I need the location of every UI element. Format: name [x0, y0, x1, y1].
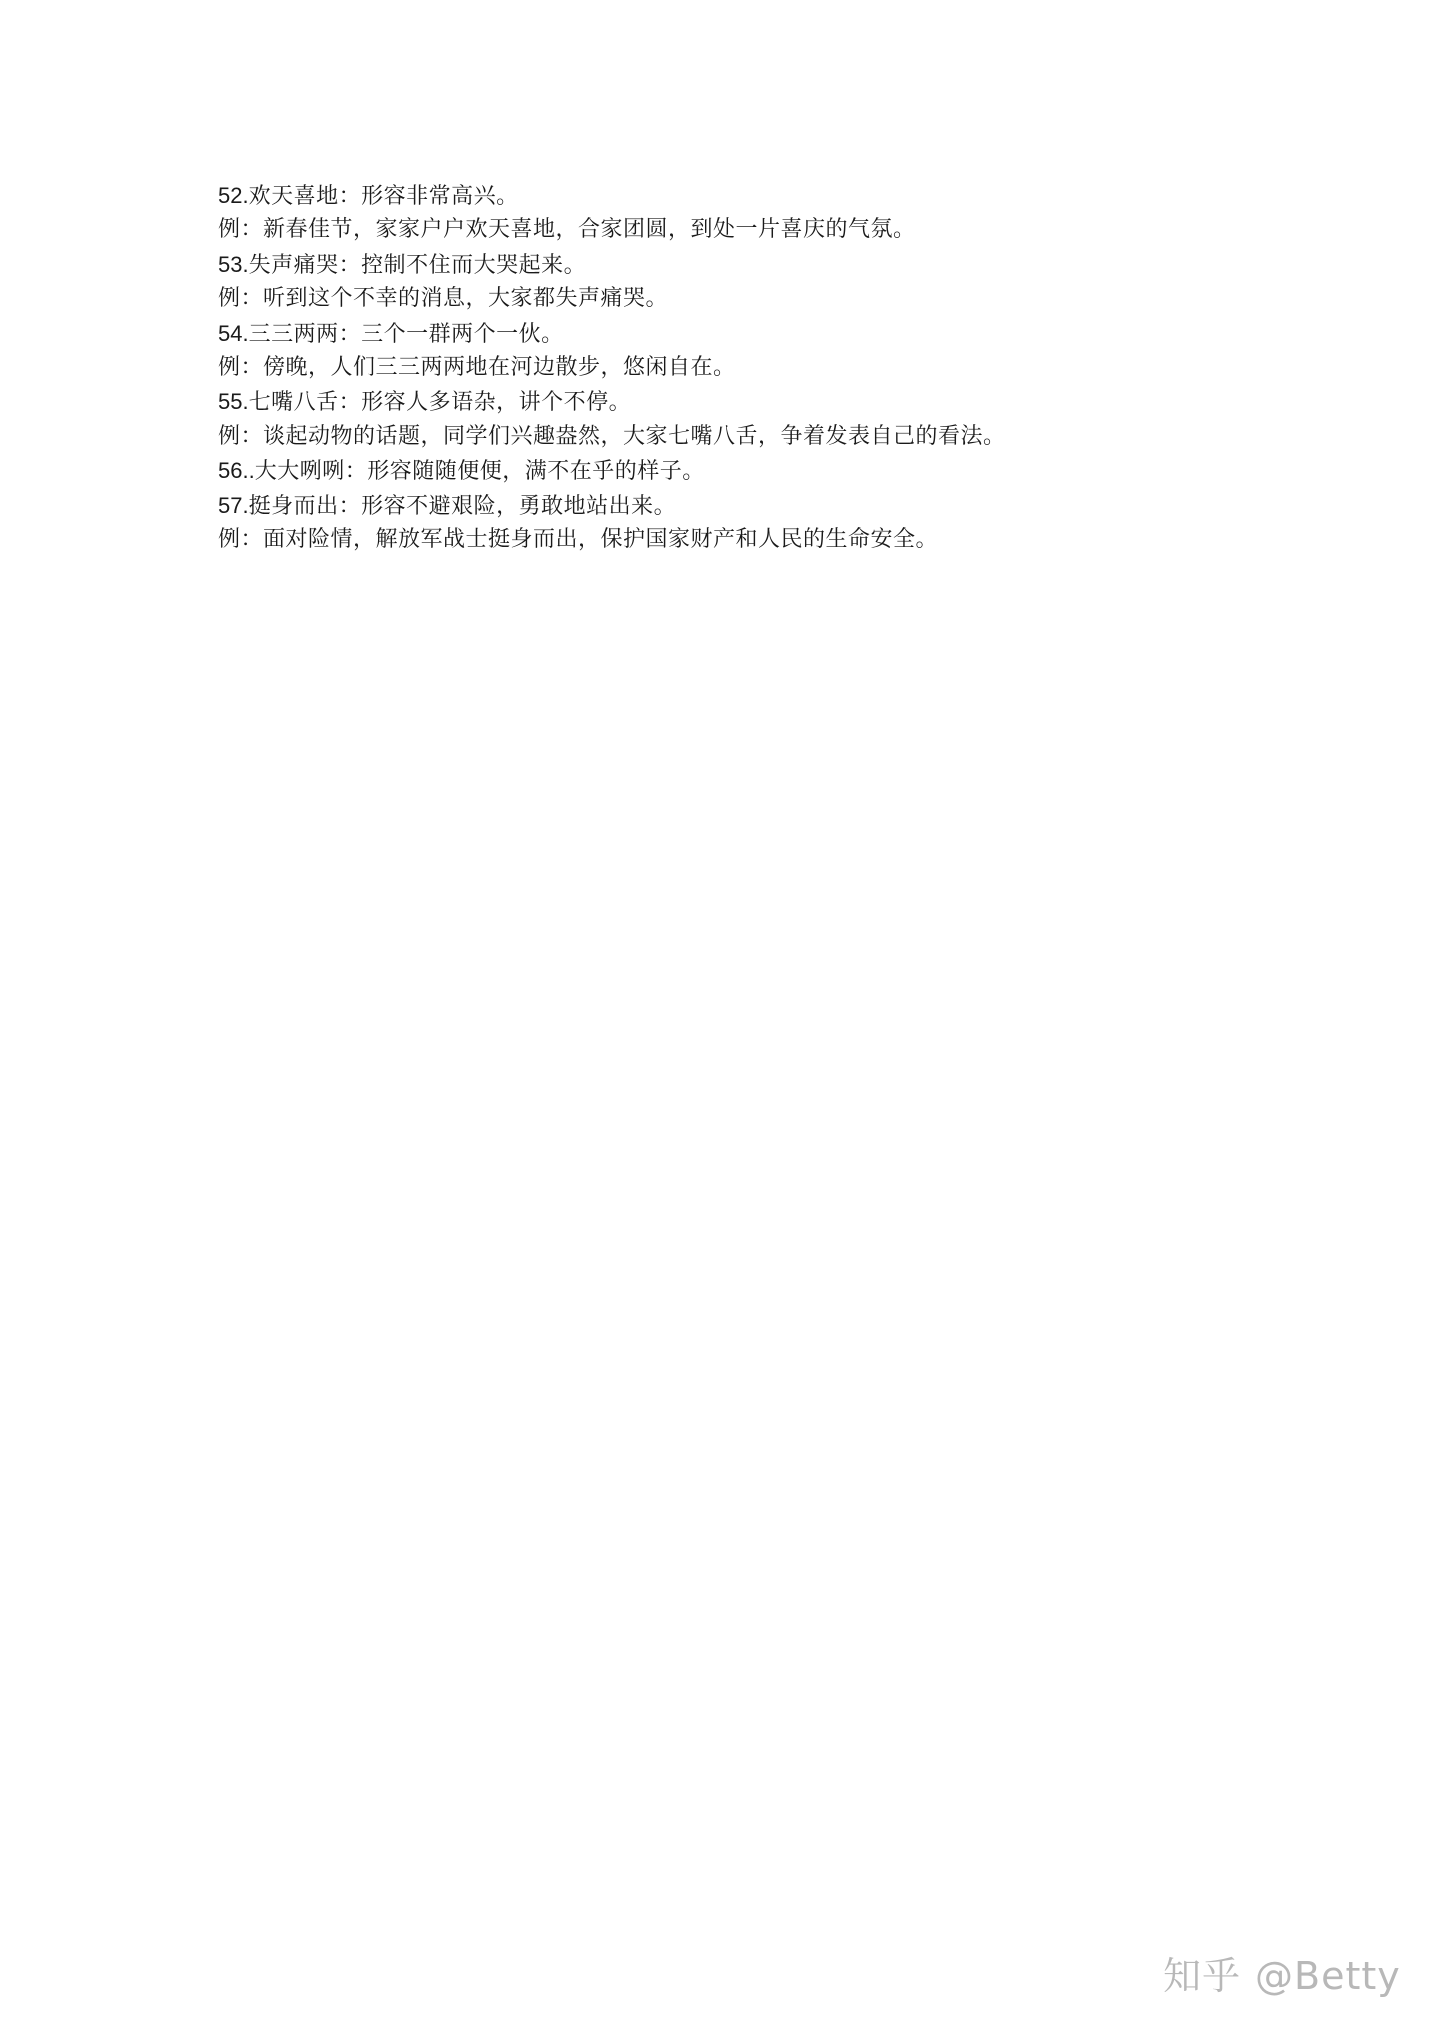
entry-text: 失声痛哭：控制不住而大哭起来。: [249, 253, 587, 278]
entry-text: 挺身而出：形容不避艰险，勇敢地站出来。: [249, 494, 677, 519]
zhihu-watermark: 知乎@Betty: [1163, 1945, 1401, 2000]
entry-text: 七嘴八舌：形容人多语杂，讲个不停。: [249, 390, 632, 415]
idiom-list: 52.欢天喜地：形容非常高兴。 例：新春佳节，家家户户欢天喜地，合家团圆，到处一…: [218, 179, 1318, 557]
idiom-entry-52: 52.欢天喜地：形容非常高兴。: [218, 179, 1318, 213]
entry-text: 欢天喜地：形容非常高兴。: [249, 184, 519, 209]
example-sentence: 例：傍晚，人们三三两两地在河边散步，悠闲自在。: [218, 351, 1318, 385]
example-sentence: 例：面对险情，解放军战士挺身而出，保护国家财产和人民的生命安全。: [218, 523, 1318, 557]
document-page: 52.欢天喜地：形容非常高兴。 例：新春佳节，家家户户欢天喜地，合家团圆，到处一…: [0, 0, 1440, 2037]
entry-number: 53.: [218, 252, 249, 277]
entry-number: 55.: [218, 389, 249, 414]
entry-number: 56..: [218, 458, 255, 483]
example-sentence: 例：听到这个不幸的消息，大家都失声痛哭。: [218, 282, 1318, 316]
watermark-author: @Betty: [1255, 1954, 1401, 1998]
entry-text: 大大咧咧：形容随随便便，满不在乎的样子。: [255, 459, 705, 484]
entry-number: 54.: [218, 321, 249, 346]
watermark-brand: 知乎: [1163, 1954, 1241, 1998]
entry-text: 三三两两：三个一群两个一伙。: [249, 322, 564, 347]
idiom-entry-55: 55.七嘴八舌：形容人多语杂，讲个不停。: [218, 385, 1318, 419]
idiom-entry-54: 54.三三两两：三个一群两个一伙。: [218, 317, 1318, 351]
entry-number: 57.: [218, 493, 249, 518]
idiom-entry-57: 57.挺身而出：形容不避艰险，勇敢地站出来。: [218, 489, 1318, 523]
idiom-entry-53: 53.失声痛哭：控制不住而大哭起来。: [218, 248, 1318, 282]
idiom-entry-56: 56..大大咧咧：形容随随便便，满不在乎的样子。: [218, 454, 1318, 488]
example-sentence: 例：谈起动物的话题，同学们兴趣盎然，大家七嘴八舌，争着发表自己的看法。: [218, 420, 1318, 454]
entry-number: 52.: [218, 183, 249, 208]
example-sentence: 例：新春佳节，家家户户欢天喜地，合家团圆，到处一片喜庆的气氛。: [218, 213, 1318, 247]
